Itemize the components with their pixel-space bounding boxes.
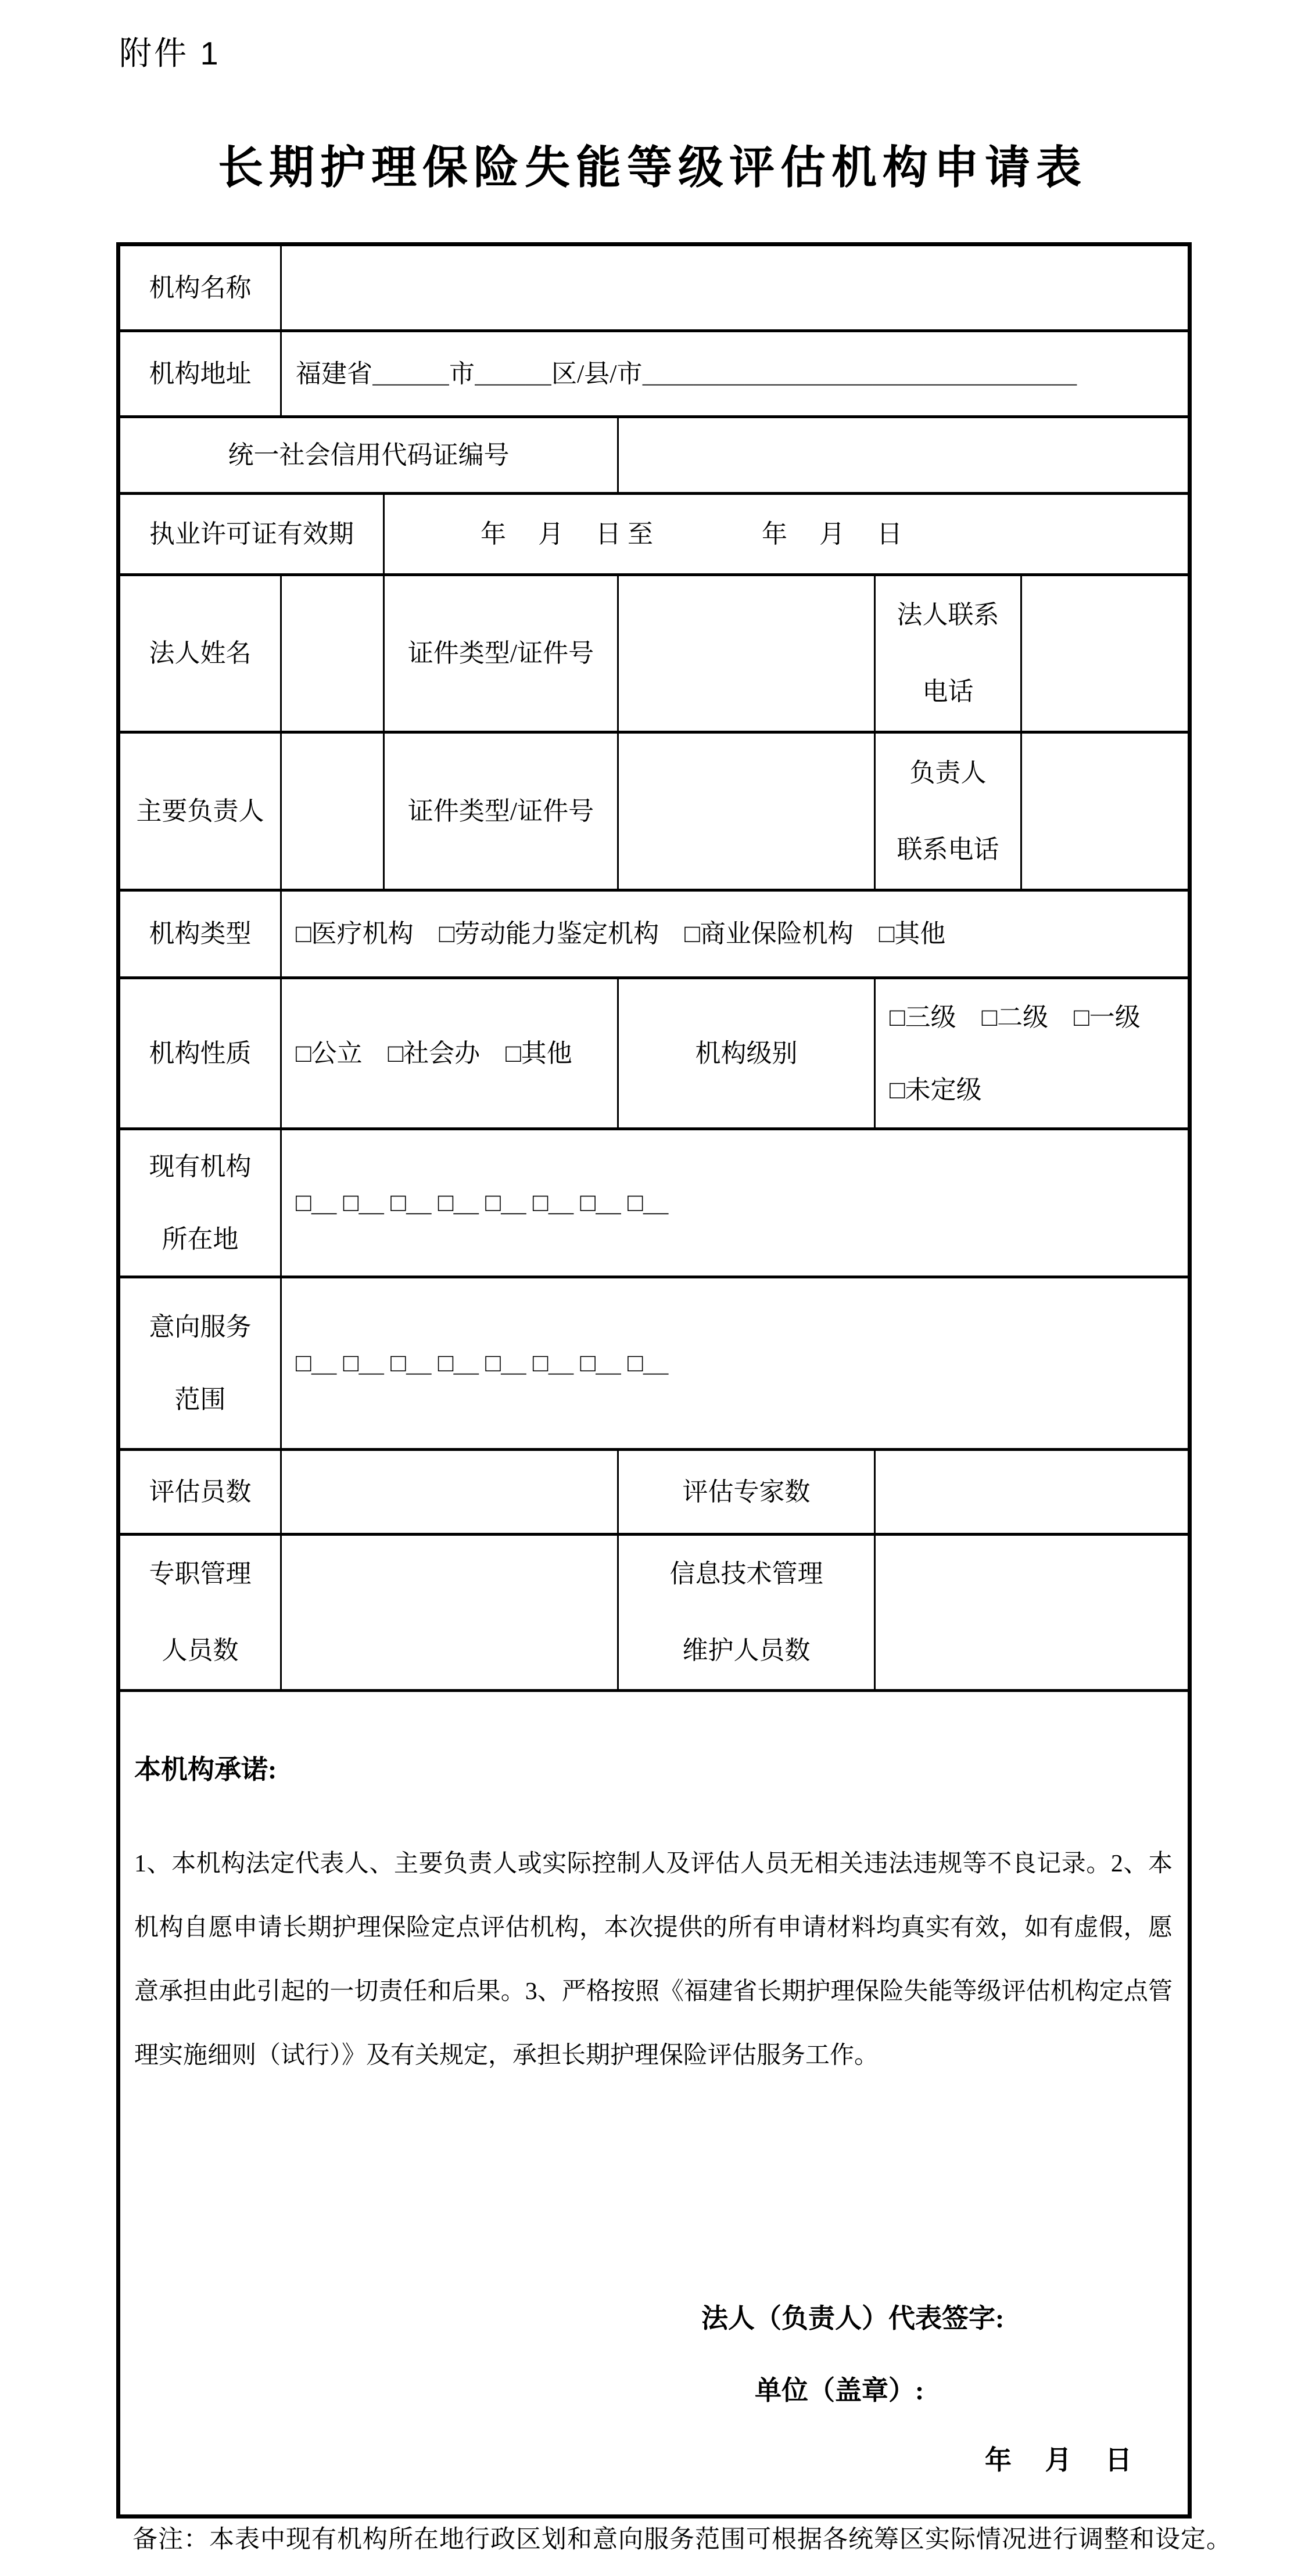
principal-phone-cell bbox=[1021, 732, 1190, 890]
org-nature-label: 机构性质 bbox=[119, 978, 281, 1129]
it-staff-cell bbox=[875, 1535, 1190, 1691]
commitment-row: 本机构承诺: 1、本机构法定代表人、主要负责人或实际控制人及评估人员无相关违法违… bbox=[119, 1691, 1190, 2517]
legal-person-name-cell bbox=[281, 575, 384, 732]
credit-code-value-cell bbox=[618, 417, 1190, 494]
date-label: 年 月 日 bbox=[985, 2442, 1132, 2478]
org-level-label: 机构级别 bbox=[618, 978, 875, 1129]
principal-phone-label: 负责人 联系电话 bbox=[875, 732, 1021, 890]
org-address-row: 机构地址 福建省＿＿＿市＿＿＿区/县/市＿＿＿＿＿＿＿＿＿＿＿＿＿＿＿＿＿ bbox=[119, 331, 1190, 417]
legal-representative-signature-label: 法人（负责人）代表签字: bbox=[701, 2301, 1004, 2337]
principal-label: 主要负责人 bbox=[119, 732, 281, 890]
admin-staff-label: 专职管理 人员数 bbox=[119, 1535, 281, 1691]
admin-staff-cell bbox=[281, 1535, 618, 1691]
principal-name-cell bbox=[281, 732, 384, 890]
org-type-row: 机构类型 □医疗机构 □劳动能力鉴定机构 □商业保险机构 □其他 bbox=[119, 890, 1190, 978]
credit-code-label: 统一社会信用代码证编号 bbox=[119, 417, 618, 494]
document-page: 附件 1 长期护理保险失能等级评估机构申请表 机构名称 机构地址 福建省＿＿＿市… bbox=[0, 0, 1305, 2576]
attachment-label: 附件 1 bbox=[119, 28, 221, 74]
org-nature-row: 机构性质 □公立 □社会办 □其他 机构级别 □三级 □二级 □一级 □未定级 bbox=[119, 978, 1190, 1129]
current-location-row: 现有机构 所在地 □＿ □＿ □＿ □＿ □＿ □＿ □＿ □＿ bbox=[119, 1129, 1190, 1277]
org-address-label: 机构地址 bbox=[119, 331, 281, 417]
service-scope-checkboxes: □＿ □＿ □＿ □＿ □＿ □＿ □＿ □＿ bbox=[281, 1277, 1190, 1450]
legal-person-cert-label: 证件类型/证件号 bbox=[384, 575, 618, 732]
commitment-heading: 本机构承诺: bbox=[134, 1754, 1173, 1785]
service-scope-row: 意向服务 范围 □＿ □＿ □＿ □＿ □＿ □＿ □＿ □＿ bbox=[119, 1277, 1190, 1450]
application-form-table: 机构名称 机构地址 福建省＿＿＿市＿＿＿区/县/市＿＿＿＿＿＿＿＿＿＿＿＿＿＿＿… bbox=[116, 242, 1192, 2518]
current-location-checkboxes: □＿ □＿ □＿ □＿ □＿ □＿ □＿ □＿ bbox=[281, 1129, 1190, 1277]
unit-seal-label: 单位（盖章）: bbox=[755, 2373, 924, 2409]
service-scope-label: 意向服务 范围 bbox=[119, 1277, 281, 1450]
legal-person-label: 法人姓名 bbox=[119, 575, 281, 732]
license-validity-label: 执业许可证有效期 bbox=[119, 494, 384, 575]
expert-count-label: 评估专家数 bbox=[618, 1450, 875, 1535]
principal-cert-label: 证件类型/证件号 bbox=[384, 732, 618, 890]
legal-person-phone-label: 法人联系 电话 bbox=[875, 575, 1021, 732]
license-validity-value: 年 月 日 至 年 月 日 bbox=[384, 494, 1190, 575]
org-name-row: 机构名称 bbox=[119, 245, 1190, 331]
footnote: 备注：本表中现有机构所在地行政区划和意向服务范围可根据各统筹区实际情况进行调整和… bbox=[132, 2520, 1232, 2555]
assessor-count-label: 评估员数 bbox=[119, 1450, 281, 1535]
it-staff-label: 信息技术管理 维护人员数 bbox=[618, 1535, 875, 1691]
credit-code-row: 统一社会信用代码证编号 bbox=[119, 417, 1190, 494]
legal-person-cert-cell bbox=[618, 575, 875, 732]
org-type-options: □医疗机构 □劳动能力鉴定机构 □商业保险机构 □其他 bbox=[281, 890, 1190, 978]
principal-cert-cell bbox=[618, 732, 875, 890]
org-level-options: □三级 □二级 □一级 □未定级 bbox=[875, 978, 1190, 1129]
principal-row: 主要负责人 证件类型/证件号 负责人 联系电话 bbox=[119, 732, 1190, 890]
org-type-label: 机构类型 bbox=[119, 890, 281, 978]
license-validity-row: 执业许可证有效期 年 月 日 至 年 月 日 bbox=[119, 494, 1190, 575]
assessor-count-cell bbox=[281, 1450, 618, 1535]
current-location-label: 现有机构 所在地 bbox=[119, 1129, 281, 1277]
assessor-count-row: 评估员数 评估专家数 bbox=[119, 1450, 1190, 1535]
staff-count-row: 专职管理 人员数 信息技术管理 维护人员数 bbox=[119, 1535, 1190, 1691]
legal-person-row: 法人姓名 证件类型/证件号 法人联系 电话 bbox=[119, 575, 1190, 732]
commitment-cell: 本机构承诺: 1、本机构法定代表人、主要负责人或实际控制人及评估人员无相关违法违… bbox=[119, 1691, 1190, 2517]
org-name-value-cell bbox=[281, 245, 1190, 331]
org-address-value: 福建省＿＿＿市＿＿＿区/县/市＿＿＿＿＿＿＿＿＿＿＿＿＿＿＿＿＿ bbox=[281, 331, 1190, 417]
legal-person-phone-cell bbox=[1021, 575, 1190, 732]
expert-count-cell bbox=[875, 1450, 1190, 1535]
org-name-label: 机构名称 bbox=[119, 245, 281, 331]
commitment-body: 1、本机构法定代表人、主要负责人或实际控制人及评估人员无相关违法违规等不良记录。… bbox=[134, 1832, 1173, 2088]
page-title: 长期护理保险失能等级评估机构申请表 bbox=[0, 131, 1305, 196]
org-nature-options: □公立 □社会办 □其他 bbox=[281, 978, 618, 1129]
